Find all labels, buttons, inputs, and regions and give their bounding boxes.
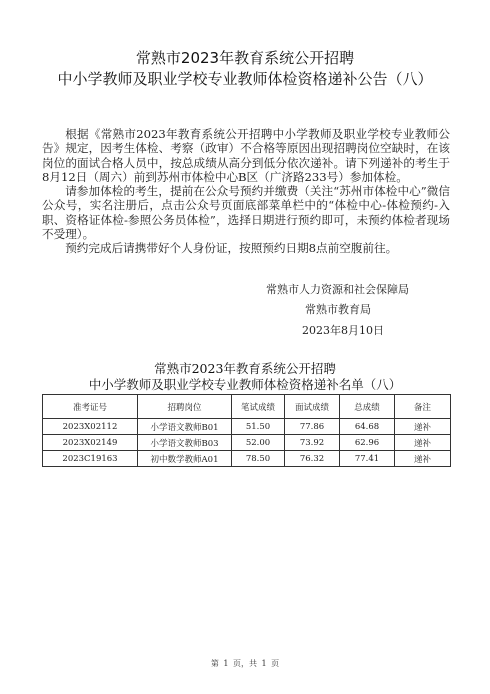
table-row: 2023C19163 初中数学教师A01 78.50 76.32 77.41 递…: [43, 451, 451, 467]
notice-title-line2: 中小学教师及职业学校专业教师体检资格递补公告（八）: [0, 71, 490, 88]
cell-total-score: 62.96: [340, 435, 395, 451]
signature-org-edu: 常熟市教育局: [305, 301, 371, 317]
column-header-interview-score: 面试成绩: [285, 395, 340, 419]
paragraph-requirement: 根据《常熟市2023年教育系统公开招聘中小学教师及职业学校专业教师公告》规定，因…: [42, 127, 450, 184]
cell-remark: 递补: [395, 451, 451, 467]
candidate-table: 准考证号 招聘岗位 笔试成绩 面试成绩 总成绩 备注 2023X02112 小学…: [42, 394, 451, 467]
cell-exam-id: 2023C19163: [43, 451, 138, 467]
cell-exam-id: 2023X02149: [43, 435, 138, 451]
cell-remark: 递补: [395, 419, 451, 435]
page-indicator: 第 1 页，共 1 页: [0, 658, 490, 669]
cell-remark: 递补: [395, 435, 451, 451]
notice-title-line1: 常熟市2023年教育系统公开招聘: [0, 50, 490, 67]
cell-position: 小学语文教师B01: [138, 419, 232, 435]
list-title-line2: 中小学教师及职业学校专业教师体检资格递补名单（八）: [0, 377, 490, 392]
paragraph-booking: 请参加体检的考生，提前在公众号预约并缴费（关注“苏州市体检中心”微信公众号，实名…: [42, 184, 450, 241]
cell-interview-score: 77.86: [285, 419, 340, 435]
notice-body: 根据《常熟市2023年教育系统公开招聘中小学教师及职业学校专业教师公告》规定，因…: [42, 127, 450, 256]
cell-exam-id: 2023X02112: [43, 419, 138, 435]
cell-position: 初中数学教师A01: [138, 451, 232, 467]
paragraph-reminder: 预约完成后请携带好个人身份证，按照预约日期8点前空腹前往。: [42, 241, 450, 255]
column-header-position: 招聘岗位: [138, 395, 232, 419]
table-header-row: 准考证号 招聘岗位 笔试成绩 面试成绩 总成绩 备注: [43, 395, 451, 419]
column-header-total-score: 总成绩: [340, 395, 395, 419]
cell-total-score: 64.68: [340, 419, 395, 435]
column-header-exam-id: 准考证号: [43, 395, 138, 419]
cell-interview-score: 76.32: [285, 451, 340, 467]
cell-interview-score: 73.92: [285, 435, 340, 451]
column-header-written-score: 笔试成绩: [232, 395, 285, 419]
cell-position: 小学语文教师B03: [138, 435, 232, 451]
table-row: 2023X02149 小学语文教师B03 52.00 73.92 62.96 递…: [43, 435, 451, 451]
list-title-line1: 常熟市2023年教育系统公开招聘: [0, 361, 490, 376]
table-row: 2023X02112 小学语文教师B01 51.50 77.86 64.68 递…: [43, 419, 451, 435]
cell-total-score: 77.41: [340, 451, 395, 467]
cell-written-score: 78.50: [232, 451, 285, 467]
signature-date: 2023年8月10日: [302, 322, 384, 338]
signature-org-hr: 常熟市人力资源和社会保障局: [266, 281, 409, 297]
cell-written-score: 51.50: [232, 419, 285, 435]
column-header-remark: 备注: [395, 395, 451, 419]
cell-written-score: 52.00: [232, 435, 285, 451]
